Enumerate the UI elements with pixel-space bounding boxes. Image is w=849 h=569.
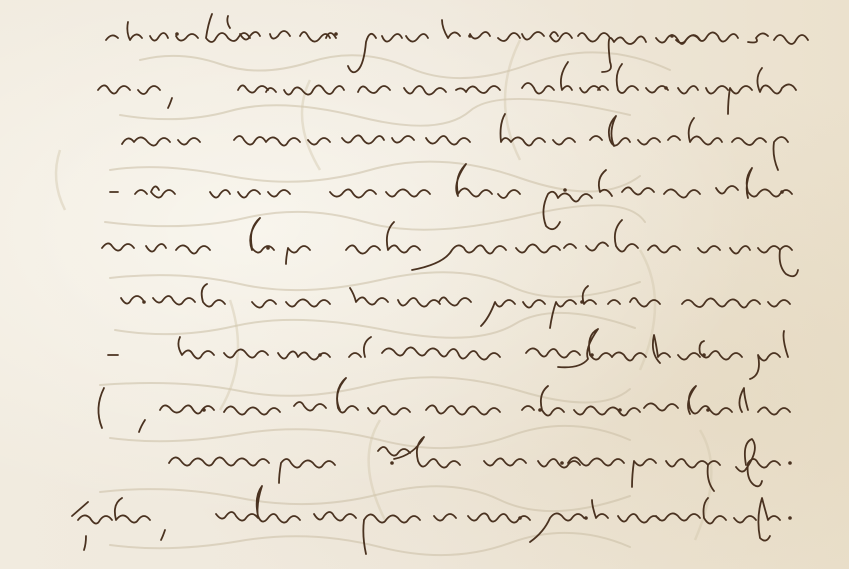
- manuscript-line-4: [illegible Hebrew cursive line 4]: [0, 162, 849, 222]
- manuscript-line-3: [illegible Hebrew cursive line 3]: [0, 108, 849, 168]
- manuscript-line-9: [illegible Hebrew cursive line 9]: [0, 433, 849, 493]
- manuscript-line-7: [illegible Hebrew cursive line 7]: [0, 325, 849, 385]
- manuscript-line-2: [illegible Hebrew cursive line 2]: [0, 56, 849, 116]
- handwriting-strokes: [0, 488, 849, 568]
- manuscript-line-8: [illegible Hebrew cursive line 8]: [0, 380, 849, 440]
- manuscript-line-10: [illegible Hebrew cursive line 10]: [0, 488, 849, 558]
- manuscript-page: [illegible Hebrew cursive line 1] [illeg…: [0, 0, 849, 569]
- manuscript-line-1: [illegible Hebrew cursive line 1]: [0, 0, 849, 60]
- manuscript-line-6: [illegible Hebrew cursive line 6]: [0, 272, 849, 332]
- manuscript-line-5: [illegible Hebrew cursive line 5]: [0, 218, 849, 278]
